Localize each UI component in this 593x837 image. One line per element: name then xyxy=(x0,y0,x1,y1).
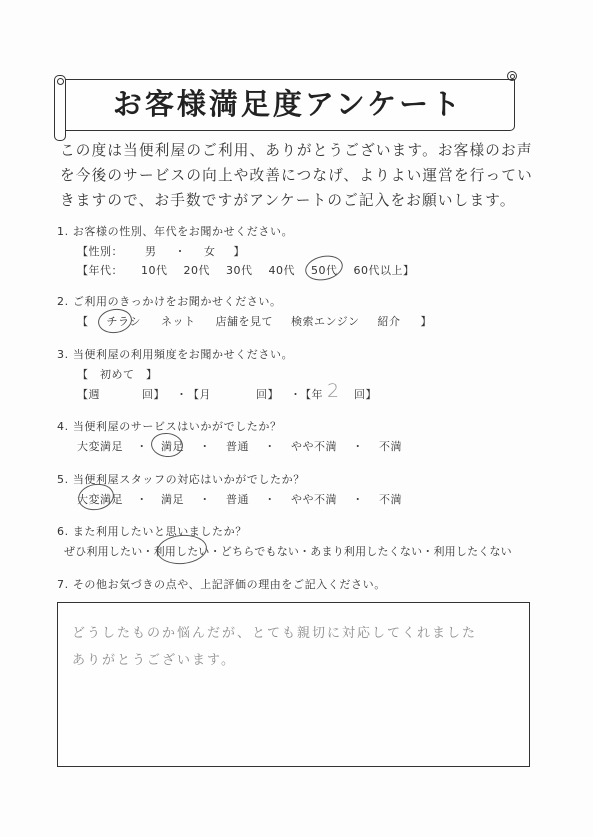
separator: ・ xyxy=(127,491,157,507)
staff-option-slightly-dissatisfied[interactable]: やや不満 xyxy=(291,493,337,506)
question-text: 当便利屋のサービスはいかがでしたか？ xyxy=(73,420,282,433)
age-options: 【年代： 10代 20代 30代 40代 50代 60代以上】 xyxy=(77,262,415,278)
question-text: お客様の性別、年代をお聞かせください。 xyxy=(73,225,293,238)
service-option-neutral[interactable]: 普通 xyxy=(226,440,249,453)
trigger-option-search-engine[interactable]: 検索エンジン xyxy=(291,315,359,328)
question-3: 3. 当便利屋の利用頻度をお聞かせください。 xyxy=(57,346,293,362)
handwritten-circle-service-selection xyxy=(150,431,184,458)
page-title: お客様満足度アンケート xyxy=(62,80,514,128)
question-2: 2. ご利用のきっかけをお聞かせください。 xyxy=(57,293,282,309)
question-text: 当便利屋スタッフの対応はいかがでしたか？ xyxy=(73,473,305,486)
question-number: 1. xyxy=(57,225,69,238)
service-option-slightly-dissatisfied[interactable]: やや不満 xyxy=(291,440,337,453)
age-label: 【年代： xyxy=(77,264,123,277)
gender-label: 【性別： xyxy=(77,245,123,258)
frequency-first-time[interactable]: 【 初めて 】 xyxy=(77,366,158,382)
question-number: 2. xyxy=(57,295,69,308)
question-6: 6. また利用したいと思いましたか？ xyxy=(57,523,247,539)
gender-option-female[interactable]: 女 xyxy=(204,245,216,258)
separator: ・ xyxy=(253,491,287,507)
handwritten-circle-trigger-selection xyxy=(96,307,133,335)
comment-line-2: ありがとうございます。 xyxy=(72,649,236,668)
age-option-20s[interactable]: 20代 xyxy=(184,264,211,277)
question-number: 5. xyxy=(57,473,69,486)
trigger-option-referral[interactable]: 紹介 xyxy=(377,315,400,328)
frequency-dot: ・ xyxy=(176,386,188,402)
service-option-dissatisfied[interactable]: 不満 xyxy=(379,440,402,453)
trigger-open-bracket: 【 xyxy=(77,315,89,328)
revisit-options[interactable]: ぜひ利用したい・利用したい・どちらでもない・あまり利用したくない・利用したくない xyxy=(64,543,512,559)
frequency-month-label: 【月 xyxy=(188,386,211,402)
gender-options: 【性別： 男 ・ 女 】 xyxy=(77,243,245,259)
service-option-very-satisfied[interactable]: 大変満足 xyxy=(77,440,123,453)
separator: ・ xyxy=(341,438,375,454)
age-option-30s[interactable]: 30代 xyxy=(226,264,253,277)
frequency-year-value[interactable]: 2 xyxy=(327,380,341,402)
separator: ・ xyxy=(188,438,222,454)
trigger-close-bracket: 】 xyxy=(420,315,432,328)
frequency-week-times: 回】 xyxy=(142,386,165,402)
trigger-option-saw-store[interactable]: 店舗を見て xyxy=(216,315,274,328)
frequency-month-times: 回】 xyxy=(256,386,279,402)
question-number: 7. xyxy=(57,578,69,591)
gender-option-male[interactable]: 男 xyxy=(145,245,157,258)
question-number: 6. xyxy=(57,525,69,538)
question-4: 4. 当便利屋のサービスはいかがでしたか？ xyxy=(57,418,282,434)
separator: ・ xyxy=(253,438,287,454)
gender-close-bracket: 】 xyxy=(234,245,246,258)
question-text: また利用したいと思いましたか？ xyxy=(73,525,247,538)
intro-line-1: この度は当便利屋のご利用、ありがとうございます。お客様のお声 xyxy=(60,139,533,160)
intro-line-3: きますので、お手数ですがアンケートのご記入をお願いします。 xyxy=(60,189,516,210)
question-text: 当便利屋の利用頻度をお聞かせください。 xyxy=(73,348,293,361)
separator: ・ xyxy=(188,491,222,507)
frequency-week-label: 【週 xyxy=(77,386,100,402)
service-rating-options: 大変満足 ・ 満足 ・ 普通 ・ やや不満 ・ 不満 xyxy=(77,438,402,454)
frequency-year-label: 【年 xyxy=(300,386,323,402)
trigger-option-internet[interactable]: ネット xyxy=(161,315,196,328)
intro-line-2: を今後のサービスの向上や改善につなげ、よりよい運営を行ってい xyxy=(60,164,533,185)
gender-separator: ・ xyxy=(175,245,187,258)
question-number: 4. xyxy=(57,420,69,433)
handwritten-circle-age-selection xyxy=(303,252,345,283)
frequency-year-times: 回】 xyxy=(354,386,377,402)
age-option-40s[interactable]: 40代 xyxy=(269,264,296,277)
staff-rating-options: 大変満足 ・ 満足 ・ 普通 ・ やや不満 ・ 不満 xyxy=(77,491,402,507)
staff-option-dissatisfied[interactable]: 不満 xyxy=(379,493,402,506)
question-number: 3. xyxy=(57,348,69,361)
question-text: ご利用のきっかけをお聞かせください。 xyxy=(73,295,282,308)
separator: ・ xyxy=(341,491,375,507)
staff-option-neutral[interactable]: 普通 xyxy=(226,493,249,506)
age-option-10s[interactable]: 10代 xyxy=(141,264,168,277)
question-1: 1. お客様の性別、年代をお聞かせください。 xyxy=(57,223,293,239)
age-option-60s-plus[interactable]: 60代以上】 xyxy=(354,264,415,277)
question-7: 7. その他お気づきの点や、上記評価の理由をご記入ください。 xyxy=(57,576,386,592)
staff-option-satisfied[interactable]: 満足 xyxy=(161,493,184,506)
comment-line-1: どうしたものか悩んだが、とても親切に対応してくれました xyxy=(72,622,477,641)
question-text: その他お気づきの点や、上記評価の理由をご記入ください。 xyxy=(73,578,386,591)
